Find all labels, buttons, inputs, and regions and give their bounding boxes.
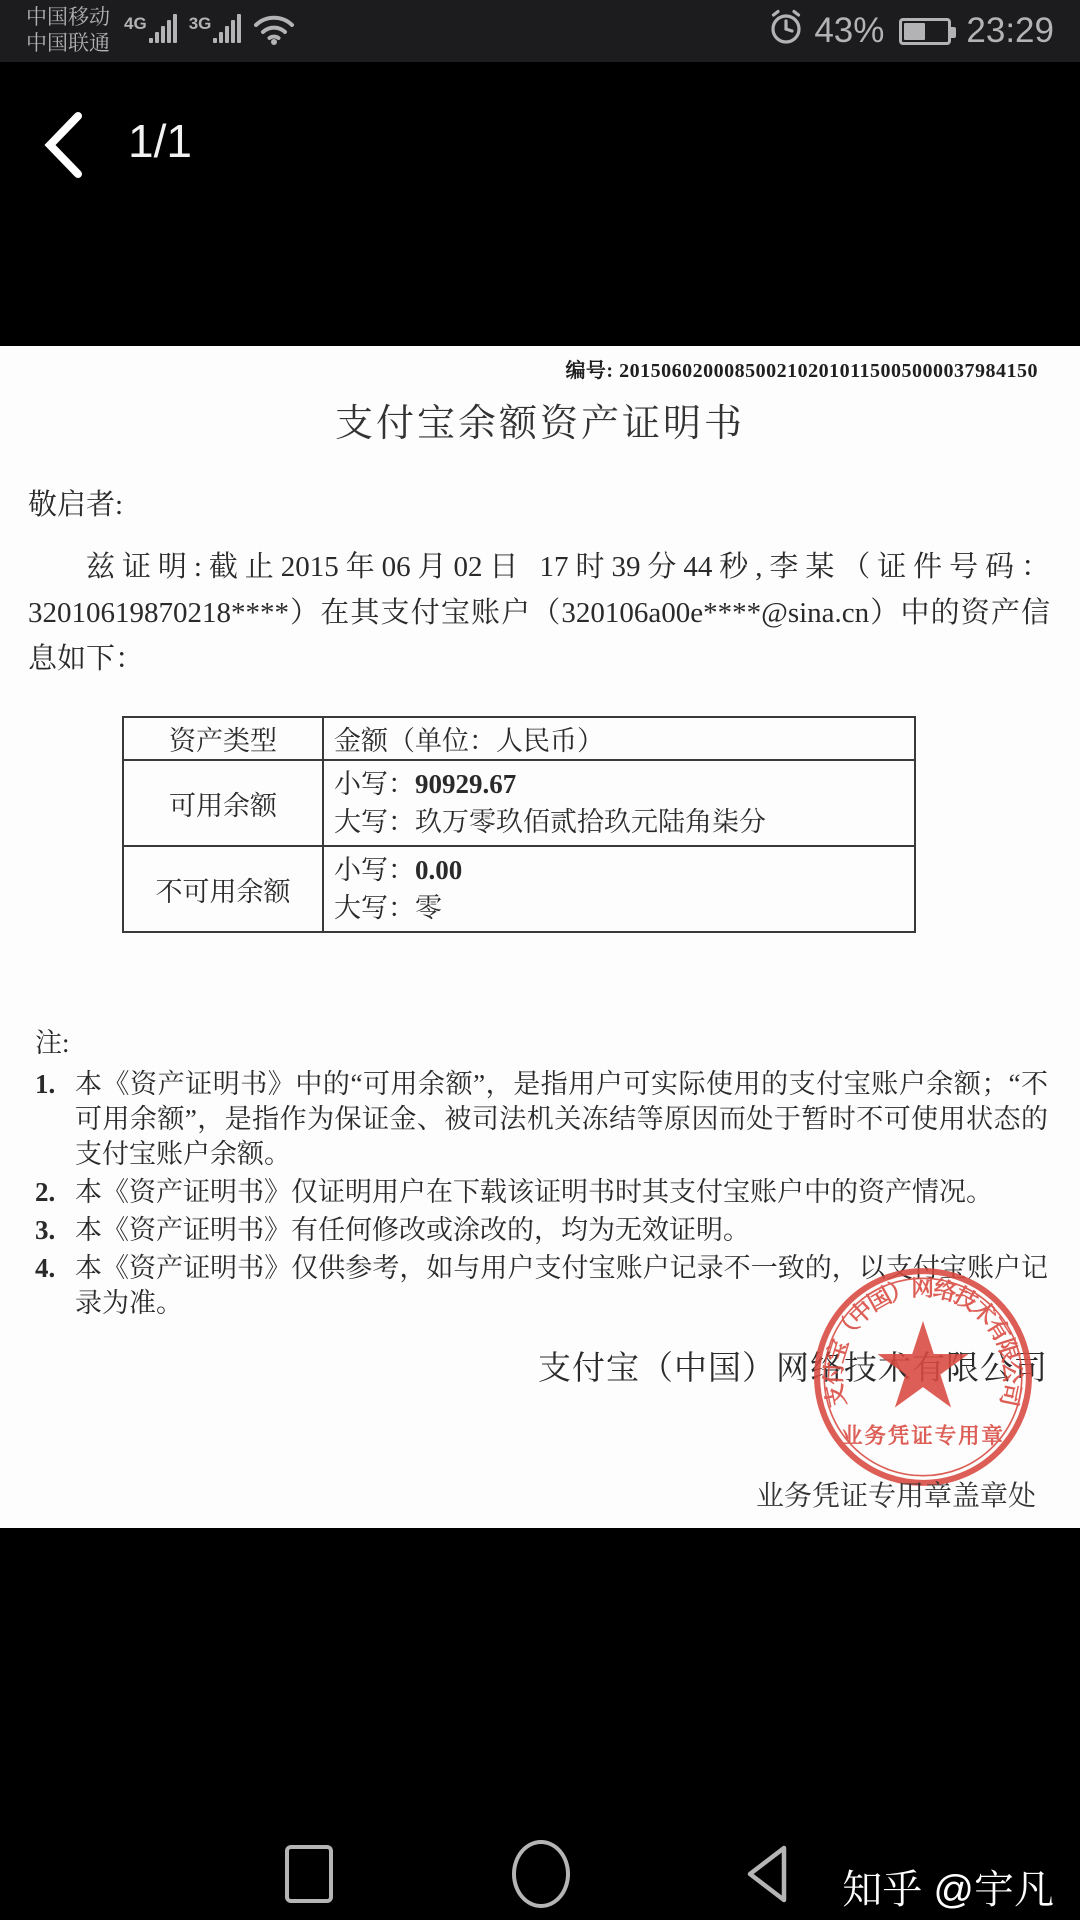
page-indicator: 1/1 bbox=[128, 114, 192, 168]
signal-bars-icon bbox=[149, 8, 179, 55]
row-type: 可用余额 bbox=[123, 760, 323, 846]
screen: 中国移动 中国联通 4G bbox=[0, 0, 1080, 1920]
amount-lowercase: 小写：90929.67 bbox=[334, 765, 908, 803]
chevron-left-icon bbox=[42, 168, 86, 183]
header-asset-type: 资产类型 bbox=[123, 717, 323, 760]
table-header-row: 资产类型 金额（单位：人民币） bbox=[123, 717, 915, 760]
note-item: 1. 本《资产证明书》中的“可用余额”，是指用户可实际使用的支付宝账户余额；“不… bbox=[35, 1067, 1048, 1172]
header-amount: 金额（单位：人民币） bbox=[323, 717, 915, 760]
row-amount: 小写：90929.67 大写：玖万零玖佰贰拾玖元陆角柒分 bbox=[323, 760, 915, 846]
status-left: 中国移动 中国联通 4G bbox=[26, 5, 295, 57]
salutation: 敬启者: bbox=[28, 482, 123, 523]
certify-paragraph: 兹证明:截止2015年06月02日 17时39分44秒,李某（证件号码：3201… bbox=[28, 544, 1050, 682]
watermark: 知乎 @宇凡 bbox=[842, 1858, 1054, 1915]
document-page[interactable]: 编号: 201506020008500210201011500500003798… bbox=[0, 346, 1080, 1528]
sim2-signal: 3G bbox=[189, 8, 244, 55]
note-item: 3. 本《资产证明书》有任何修改或涂改的，均为无效证明。 bbox=[35, 1213, 1048, 1248]
company-stamp-icon: 支付宝（中国）网络技术有限公司 业务凭证专用章 bbox=[810, 1264, 1036, 1490]
amount-uppercase: 大写：零 bbox=[334, 889, 908, 927]
row-amount: 小写：0.00 大写：零 bbox=[323, 846, 915, 932]
table-row: 不可用余额 小写：0.00 大写：零 bbox=[123, 846, 915, 932]
status-right: 43% 23:29 bbox=[767, 8, 1054, 55]
document-title: 支付宝余额资产证明书 bbox=[0, 392, 1080, 447]
triangle-back-icon bbox=[742, 1893, 792, 1908]
sim1-network-label: 4G bbox=[124, 14, 147, 34]
viewer-header: 1/1 bbox=[0, 62, 1080, 346]
battery-icon bbox=[899, 18, 951, 45]
stamp-caption: 业务凭证专用章盖章处 bbox=[756, 1474, 1036, 1514]
alarm-icon bbox=[767, 8, 805, 55]
star-icon bbox=[877, 1321, 968, 1408]
nav-back-button[interactable] bbox=[742, 1843, 792, 1905]
android-nav-bar: 知乎 @宇凡 bbox=[0, 1528, 1080, 1920]
note-item: 2. 本《资产证明书》仅证明用户在下载该证明书时其支付宝账户中的资产情况。 bbox=[35, 1175, 1048, 1210]
home-button[interactable] bbox=[512, 1840, 570, 1908]
clock-time: 23:29 bbox=[966, 11, 1054, 51]
amount-uppercase: 大写：玖万零玖佰贰拾玖元陆角柒分 bbox=[334, 803, 908, 841]
battery-percent: 43% bbox=[814, 11, 884, 51]
battery-level bbox=[904, 23, 925, 40]
sim1-signal: 4G bbox=[124, 8, 179, 55]
recents-button[interactable] bbox=[285, 1845, 333, 1903]
document-serial: 编号: 201506020008500210201011500500003798… bbox=[565, 354, 1038, 383]
amount-lowercase: 小写：0.00 bbox=[334, 851, 908, 889]
status-bar: 中国移动 中国联通 4G bbox=[0, 0, 1080, 62]
wifi-icon bbox=[253, 12, 295, 51]
table-row: 可用余额 小写：90929.67 大写：玖万零玖佰贰拾玖元陆角柒分 bbox=[123, 760, 915, 846]
signal-bars-icon bbox=[213, 8, 243, 55]
carrier-sim1: 中国移动 bbox=[26, 5, 110, 31]
back-button[interactable] bbox=[42, 110, 86, 180]
svg-text:业务凭证专用章: 业务凭证专用章 bbox=[841, 1423, 1005, 1448]
row-type: 不可用余额 bbox=[123, 846, 323, 932]
sim2-network-label: 3G bbox=[189, 14, 212, 34]
notes-title: 注: bbox=[35, 1026, 1048, 1061]
asset-table: 资产类型 金额（单位：人民币） 可用余额 小写：90929.67 大写：玖万零玖… bbox=[122, 716, 916, 933]
carrier-sim2: 中国联通 bbox=[26, 31, 110, 57]
carrier-names: 中国移动 中国联通 bbox=[26, 5, 110, 57]
